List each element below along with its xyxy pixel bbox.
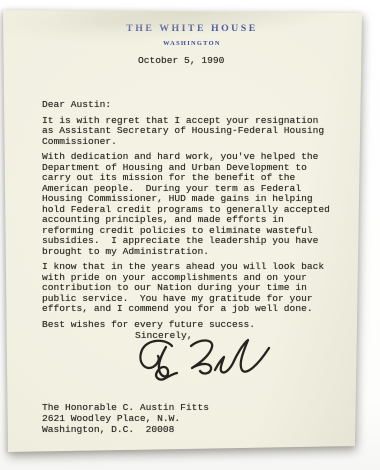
- recipient-address-block: The Honorable C. Austin Fitts 2621 Woodl…: [42, 402, 209, 435]
- letterhead-subtitle: WASHINGTON: [4, 40, 380, 47]
- signature-handwriting: [132, 337, 282, 385]
- salutation: Dear Austin:: [42, 100, 344, 111]
- photo-background: THE WHITE HOUSE WASHINGTON October 5, 19…: [0, 0, 380, 470]
- letter-date: October 5, 1990: [138, 55, 224, 66]
- letter-paper: THE WHITE HOUSE WASHINGTON October 5, 19…: [0, 0, 380, 470]
- letterhead-title: THE WHITE HOUSE: [4, 23, 380, 34]
- letter-paragraph: Best wishes for every future success.: [42, 320, 344, 331]
- letterhead: THE WHITE HOUSE WASHINGTON: [4, 23, 380, 47]
- letter-paragraph: I know that in the years ahead you will …: [42, 262, 344, 315]
- george-bush-signature: [132, 337, 282, 385]
- paper-shadow: THE WHITE HOUSE WASHINGTON October 5, 19…: [0, 0, 380, 470]
- letter-paragraph: With dedication and hard work, you've he…: [42, 152, 344, 257]
- letter-paragraph: It is with regret that I accept your res…: [42, 116, 344, 148]
- letter-body: Dear Austin: It is with regret that I ac…: [42, 100, 344, 335]
